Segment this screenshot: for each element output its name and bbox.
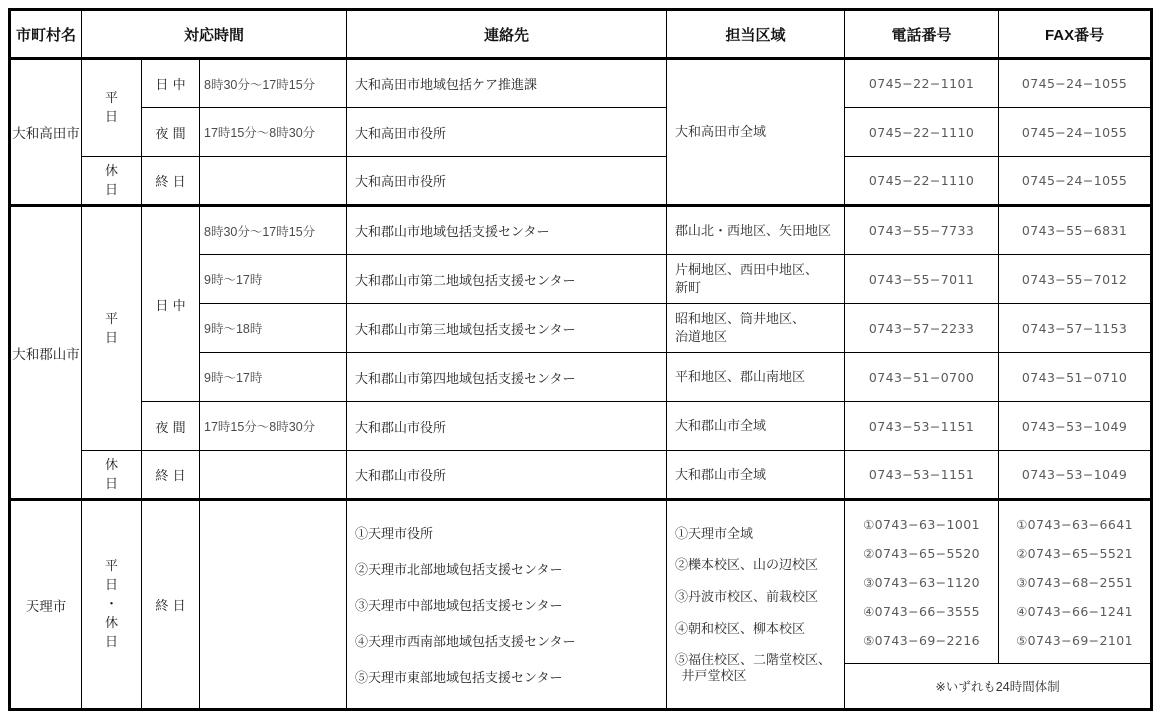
timeofday-cell-daytime: 日中 bbox=[142, 206, 200, 402]
period-cell-holiday: 休 日 bbox=[82, 451, 142, 500]
time-range-cell bbox=[200, 157, 347, 206]
phone-cell: 0745−22−1110 bbox=[845, 108, 999, 157]
phone-list-cell: ①0743−63−1001 ②0743−65−5520 ③0743−63−112… bbox=[845, 500, 999, 664]
table-row: 大和高田市 平 日 日中 8時30分〜17時15分 大和高田市地域包括ケア推進課… bbox=[10, 59, 1152, 108]
area-cell: 大和高田市全域 bbox=[667, 59, 845, 206]
phone-item: ①0743−63−1001 bbox=[845, 517, 998, 532]
area-cell: 平和地区、郡山南地区 bbox=[667, 353, 845, 402]
col-header-fax: FAX番号 bbox=[999, 10, 1152, 59]
contact-item: ①天理市役所 bbox=[355, 523, 666, 542]
time-range-cell: 9時〜17時 bbox=[200, 353, 347, 402]
contact-item: ⑤天理市東部地域包括支援センター bbox=[355, 667, 666, 686]
time-range-cell: 9時〜18時 bbox=[200, 304, 347, 353]
contact-item: ④天理市西南部地域包括支援センター bbox=[355, 631, 666, 650]
municipal-contact-table: 市町村名 対応時間 連絡先 担当区域 電話番号 FAX番号 大和高田市 平 日 … bbox=[8, 8, 1153, 711]
fax-item: ⑤0743−69−2101 bbox=[999, 633, 1150, 648]
phone-cell: 0743−57−2233 bbox=[845, 304, 999, 353]
table-row: 休 日 終日 大和郡山市役所 大和郡山市全域 0743−53−1151 0743… bbox=[10, 451, 1152, 500]
phone-cell: 0743−55−7733 bbox=[845, 206, 999, 255]
phone-cell: 0745−22−1101 bbox=[845, 59, 999, 108]
timeofday-cell-allday: 終日 bbox=[142, 157, 200, 206]
timeofday-cell-night: 夜間 bbox=[142, 402, 200, 451]
contact-cell: 大和高田市地域包括ケア推進課 bbox=[347, 59, 667, 108]
fax-item: ④0743−66−1241 bbox=[999, 604, 1150, 619]
col-header-area: 担当区域 bbox=[667, 10, 845, 59]
time-range-cell: 17時15分〜8時30分 bbox=[200, 108, 347, 157]
table-row: 天理市 平 日 ・ 休 日 終日 ①天理市役所 ②天理市北部地域包括支援センター… bbox=[10, 500, 1152, 664]
phone-item: ②0743−65−5520 bbox=[845, 546, 998, 561]
fax-item: ①0743−63−6641 bbox=[999, 517, 1150, 532]
phone-cell: 0743−51−0700 bbox=[845, 353, 999, 402]
col-header-municipality: 市町村名 bbox=[10, 10, 82, 59]
area-cell: 昭和地区、筒井地区、 治道地区 bbox=[667, 304, 845, 353]
area-cell: 大和郡山市全域 bbox=[667, 451, 845, 500]
fax-item: ②0743−65−5521 bbox=[999, 546, 1150, 561]
table-row: 夜間 17時15分〜8時30分 大和郡山市役所 大和郡山市全域 0743−53−… bbox=[10, 402, 1152, 451]
area-item: ⑤福住校区、二階堂校区、 井戸堂校区 bbox=[675, 652, 844, 683]
area-item: ④朝和校区、柳本校区 bbox=[675, 621, 844, 637]
area-cell: 大和郡山市全域 bbox=[667, 402, 845, 451]
fax-list-cell: ①0743−63−6641 ②0743−65−5521 ③0743−68−255… bbox=[999, 500, 1152, 664]
fax-cell: 0743−55−6831 bbox=[999, 206, 1152, 255]
fax-cell: 0743−53−1049 bbox=[999, 402, 1152, 451]
contact-cell: 大和郡山市第二地域包括支援センター bbox=[347, 255, 667, 304]
fax-cell: 0743−51−0710 bbox=[999, 353, 1152, 402]
period-cell-weekday: 平 日 bbox=[82, 206, 142, 451]
phone-cell: 0745−22−1110 bbox=[845, 157, 999, 206]
municipality-cell-tenri: 天理市 bbox=[10, 500, 82, 710]
timeofday-cell-night: 夜間 bbox=[142, 108, 200, 157]
table-row: 夜間 17時15分〜8時30分 大和高田市役所 0745−22−1110 074… bbox=[10, 108, 1152, 157]
table-row: 休 日 終日 大和高田市役所 0745−22−1110 0745−24−1055 bbox=[10, 157, 1152, 206]
phone-item: ⑤0743−69−2216 bbox=[845, 633, 998, 648]
note-cell: ※いずれも24時間体制 bbox=[845, 664, 1152, 710]
area-item: ③丹波市校区、前栽校区 bbox=[675, 589, 844, 605]
contact-item: ②天理市北部地域包括支援センター bbox=[355, 559, 666, 578]
area-list-cell: ①天理市全域 ②櫟本校区、山の辺校区 ③丹波市校区、前栽校区 ④朝和校区、柳本校… bbox=[667, 500, 845, 710]
period-cell-holiday: 休 日 bbox=[82, 157, 142, 206]
contact-cell: 大和郡山市地域包括支援センター bbox=[347, 206, 667, 255]
timeofday-cell-allday: 終日 bbox=[142, 451, 200, 500]
phone-cell: 0743−53−1151 bbox=[845, 451, 999, 500]
municipality-cell-takada: 大和高田市 bbox=[10, 59, 82, 206]
phone-cell: 0743−55−7011 bbox=[845, 255, 999, 304]
area-item: ①天理市全域 bbox=[675, 526, 844, 542]
phone-item: ③0743−63−1120 bbox=[845, 575, 998, 590]
fax-cell: 0745−24−1055 bbox=[999, 59, 1152, 108]
contact-item: ③天理市中部地域包括支援センター bbox=[355, 595, 666, 614]
fax-cell: 0743−57−1153 bbox=[999, 304, 1152, 353]
area-cell: 片桐地区、西田中地区、 新町 bbox=[667, 255, 845, 304]
time-range-cell bbox=[200, 500, 347, 710]
time-range-cell: 8時30分〜17時15分 bbox=[200, 206, 347, 255]
contact-list-cell: ①天理市役所 ②天理市北部地域包括支援センター ③天理市中部地域包括支援センター… bbox=[347, 500, 667, 710]
period-cell-weekday: 平 日 bbox=[82, 59, 142, 157]
contact-cell: 大和郡山市役所 bbox=[347, 451, 667, 500]
fax-item: ③0743−68−2551 bbox=[999, 575, 1150, 590]
timeofday-cell-daytime: 日中 bbox=[142, 59, 200, 108]
time-range-cell: 9時〜17時 bbox=[200, 255, 347, 304]
col-header-hours: 対応時間 bbox=[82, 10, 347, 59]
municipality-cell-koriyama: 大和郡山市 bbox=[10, 206, 82, 500]
period-cell-weekday-holiday: 平 日 ・ 休 日 bbox=[82, 500, 142, 710]
area-cell: 郡山北・西地区、矢田地区 bbox=[667, 206, 845, 255]
contact-cell: 大和郡山市第四地域包括支援センター bbox=[347, 353, 667, 402]
contact-cell: 大和高田市役所 bbox=[347, 108, 667, 157]
timeofday-cell-allday: 終日 bbox=[142, 500, 200, 710]
time-range-cell bbox=[200, 451, 347, 500]
contact-cell: 大和郡山市役所 bbox=[347, 402, 667, 451]
fax-cell: 0743−53−1049 bbox=[999, 451, 1152, 500]
contact-cell: 大和高田市役所 bbox=[347, 157, 667, 206]
table-row: 大和郡山市 平 日 日中 8時30分〜17時15分 大和郡山市地域包括支援センタ… bbox=[10, 206, 1152, 255]
phone-item: ④0743−66−3555 bbox=[845, 604, 998, 619]
col-header-contact: 連絡先 bbox=[347, 10, 667, 59]
time-range-cell: 8時30分〜17時15分 bbox=[200, 59, 347, 108]
time-range-cell: 17時15分〜8時30分 bbox=[200, 402, 347, 451]
phone-cell: 0743−53−1151 bbox=[845, 402, 999, 451]
fax-cell: 0743−55−7012 bbox=[999, 255, 1152, 304]
area-item: ②櫟本校区、山の辺校区 bbox=[675, 557, 844, 573]
fax-cell: 0745−24−1055 bbox=[999, 108, 1152, 157]
col-header-phone: 電話番号 bbox=[845, 10, 999, 59]
contact-cell: 大和郡山市第三地域包括支援センター bbox=[347, 304, 667, 353]
fax-cell: 0745−24−1055 bbox=[999, 157, 1152, 206]
